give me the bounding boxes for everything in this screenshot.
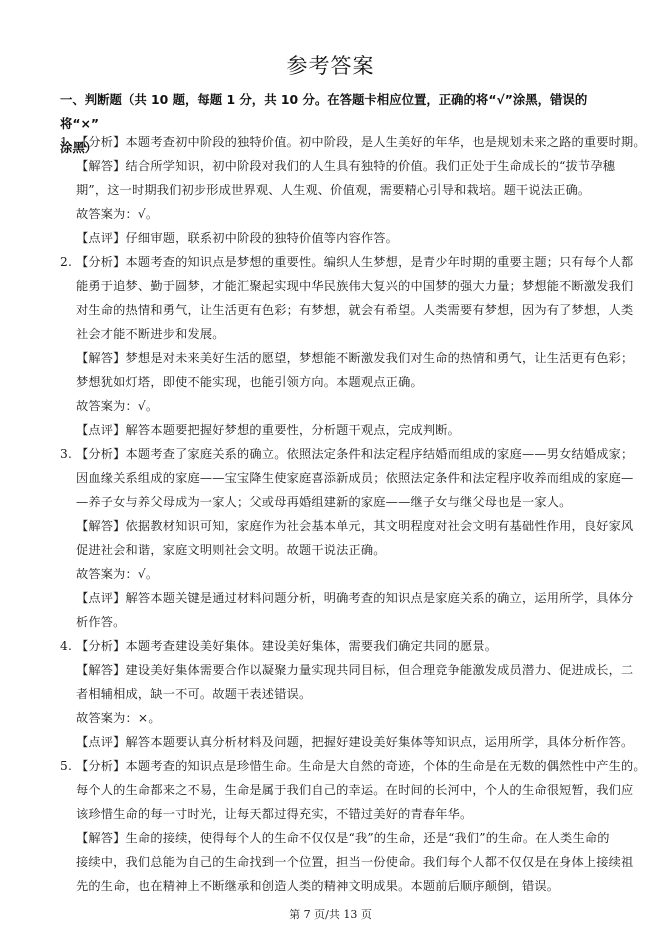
answer-text: 【点评】仔细审题，联系初中阶段的独特价值等内容作答。: [76, 231, 398, 245]
answer-item: 5.【分析】本题考查的知识点是珍惜生命。生命是大自然的奇迹，个体的生命是在无数的…: [60, 754, 615, 898]
answer-text: 先的生命，也在精神上不断继承和创造人类的精神文明成果。本题前后顺序颠倒，错误。: [76, 879, 559, 893]
answer-text: 【解答】生命的接续，使得每个人的生命不仅仅是“我”的生命，还是“我们”的生命。在…: [76, 831, 610, 845]
answer-line: 接续中，我们总能为自己的生命找到一个位置，担当一份使命。我们每个人都不仅仅是在身…: [60, 850, 615, 874]
answer-text: 【点评】解答本题关键是通过材料问题分析，明确考查的知识点是家庭关系的确立，运用所…: [76, 591, 633, 605]
answer-text: 【分析】本题考查初中阶段的独特价值。初中阶段，是人生美好的年华，也是规划未来之路…: [76, 135, 646, 149]
answer-text: 该珍惜生命的每一寸时光，让每天都过得充实，不错过美好的青春年华。: [76, 807, 472, 821]
answer-line: —养子女与养父母成为一家人；父或母再婚组建新的家庭——继子女与继父母也是一家人。: [60, 490, 615, 514]
answer-text: 对生命的热情和勇气，让生活更有色彩；有梦想，就会有希望。人类需要有梦想，因为有了…: [76, 303, 633, 317]
answer-text: 期”，这一时期我们初步形成世界观、人生观、价值观，需要精心引导和栽培。题干说法正…: [76, 183, 590, 197]
answer-text: 能勇于追梦、勤于圆梦，才能汇聚起实现中华民族伟大复兴的中国梦的强大力量；梦想能不…: [76, 279, 633, 293]
answer-text: 【点评】解答本题要把握好梦想的重要性，分析题干观点，完成判断。: [76, 423, 460, 437]
answer-text: —养子女与养父母成为一家人；父或母再婚组建新的家庭——继子女与继父母也是一家人。: [76, 495, 572, 509]
answer-text: 【分析】本题考查建设美好集体。建设美好集体，需要我们确定共同的愿景。: [76, 639, 497, 653]
answer-text: 每个人的生命都来之不易，生命是属于我们自己的幸运。在时间的长河中，个人的生命很短…: [76, 783, 633, 797]
answer-line: 因血缘关系组成的家庭——宝宝降生使家庭喜添新成员；依照法定条件和法定程序收养而组…: [60, 466, 615, 490]
answer-text: 故答案为：√。: [76, 399, 158, 413]
answer-text: 社会才能不断进步和发展。: [76, 327, 225, 341]
answer-text: 【分析】本题考查的知识点是梦想的重要性。编织人生梦想，是青少年时期的重要主题；只…: [76, 255, 633, 269]
answer-line: 【解答】建设美好集体需要合作以凝聚力量实现共同目标，但合理竞争能激发成员潜力、促…: [60, 658, 615, 682]
page-title: 参考答案: [0, 50, 661, 80]
answer-text: 析作答。: [76, 615, 126, 629]
document-page: 参考答案 一、判断题（共 10 题，每题 1 分，共 10 分。在答题卡相应位置…: [0, 0, 661, 935]
answer-line: 先的生命，也在精神上不断继承和创造人类的精神文明成果。本题前后顺序颠倒，错误。: [60, 874, 615, 898]
answer-line: 社会才能不断进步和发展。: [60, 322, 615, 346]
answer-line: 对生命的热情和勇气，让生活更有色彩；有梦想，就会有希望。人类需要有梦想，因为有了…: [60, 298, 615, 322]
answer-line: 【解答】依据教材知识可知，家庭作为社会基本单元，其文明程度对社会文明有基础性作用…: [60, 514, 615, 538]
answer-line: 【点评】仔细审题，联系初中阶段的独特价值等内容作答。: [60, 226, 615, 250]
answer-text: 梦想犹如灯塔，即使不能实现，也能引领方向。本题观点正确。: [76, 375, 423, 389]
answer-text: 接续中，我们总能为自己的生命找到一个位置，担当一份使命。我们每个人都不仅仅是在身…: [76, 855, 633, 869]
answer-number: 2.: [60, 250, 76, 274]
answer-number: 3.: [60, 442, 76, 466]
answer-line: 【解答】结合所学知识，初中阶段对我们的人生具有独特的价值。我们正处于生命成长的“…: [60, 154, 615, 178]
answer-text: 故答案为：√。: [76, 567, 158, 581]
answer-first-line: 2.【分析】本题考查的知识点是梦想的重要性。编织人生梦想，是青少年时期的重要主题…: [60, 250, 615, 274]
answer-first-line: 3.【分析】本题考查了家庭关系的确立。依照法定条件和法定程序结婚而组成的家庭——…: [60, 442, 615, 466]
answer-first-line: 1.【分析】本题考查初中阶段的独特价值。初中阶段，是人生美好的年华，也是规划未来…: [60, 130, 615, 154]
answer-line: 【解答】梦想是对未来美好生活的愿望，梦想能不断激发我们对生命的热情和勇气，让生活…: [60, 346, 615, 370]
answer-line: 每个人的生命都来之不易，生命是属于我们自己的幸运。在时间的长河中，个人的生命很短…: [60, 778, 615, 802]
answer-text: 【解答】依据教材知识可知，家庭作为社会基本单元，其文明程度对社会文明有基础性作用…: [76, 519, 633, 533]
answer-text: 者相辅相成，缺一不可。故题干表述错误。: [76, 687, 311, 701]
answer-first-line: 4.【分析】本题考查建设美好集体。建设美好集体，需要我们确定共同的愿景。: [60, 634, 615, 658]
answer-line: 【解答】生命的接续，使得每个人的生命不仅仅是“我”的生命，还是“我们”的生命。在…: [60, 826, 615, 850]
answer-text: 【解答】梦想是对未来美好生活的愿望，梦想能不断激发我们对生命的热情和勇气，让生活…: [76, 351, 633, 365]
answer-text: 因血缘关系组成的家庭——宝宝降生使家庭喜添新成员；依照法定条件和法定程序收养而组…: [76, 471, 633, 485]
answer-item: 4.【分析】本题考查建设美好集体。建设美好集体，需要我们确定共同的愿景。【解答】…: [60, 634, 615, 754]
answer-item: 1.【分析】本题考查初中阶段的独特价值。初中阶段，是人生美好的年华，也是规划未来…: [60, 130, 615, 250]
answer-text: 促进社会和谐，家庭文明则社会文明。故题干说法正确。: [76, 543, 386, 557]
answer-number: 1.: [60, 130, 76, 154]
answer-item: 2.【分析】本题考查的知识点是梦想的重要性。编织人生梦想，是青少年时期的重要主题…: [60, 250, 615, 442]
answer-line: 梦想犹如灯塔，即使不能实现，也能引领方向。本题观点正确。: [60, 370, 615, 394]
answer-number: 4.: [60, 634, 76, 658]
answer-line: 者相辅相成，缺一不可。故题干表述错误。: [60, 682, 615, 706]
answer-line: 该珍惜生命的每一寸时光，让每天都过得充实，不错过美好的青春年华。: [60, 802, 615, 826]
answer-text: 故答案为：√。: [76, 207, 158, 221]
answer-line: 期”，这一时期我们初步形成世界观、人生观、价值观，需要精心引导和栽培。题干说法正…: [60, 178, 615, 202]
answer-first-line: 5.【分析】本题考查的知识点是珍惜生命。生命是大自然的奇迹，个体的生命是在无数的…: [60, 754, 615, 778]
answer-list: 1.【分析】本题考查初中阶段的独特价值。初中阶段，是人生美好的年华，也是规划未来…: [60, 130, 615, 898]
answer-line: 【点评】解答本题要把握好梦想的重要性，分析题干观点，完成判断。: [60, 418, 615, 442]
answer-number: 5.: [60, 754, 76, 778]
answer-line: 【点评】解答本题关键是通过材料问题分析，明确考查的知识点是家庭关系的确立，运用所…: [60, 586, 615, 610]
answer-text: 故答案为：×。: [76, 711, 161, 725]
answer-line: 能勇于追梦、勤于圆梦，才能汇聚起实现中华民族伟大复兴的中国梦的强大力量；梦想能不…: [60, 274, 615, 298]
answer-text: 【解答】结合所学知识，初中阶段对我们的人生具有独特的价值。我们正处于生命成长的“…: [76, 159, 615, 173]
answer-line: 故答案为：√。: [60, 394, 615, 418]
answer-line: 故答案为：×。: [60, 706, 615, 730]
answer-line: 促进社会和谐，家庭文明则社会文明。故题干说法正确。: [60, 538, 615, 562]
answer-text: 【分析】本题考查的知识点是珍惜生命。生命是大自然的奇迹，个体的生命是在无数的偶然…: [76, 759, 646, 773]
answer-line: 故答案为：√。: [60, 562, 615, 586]
answer-line: 析作答。: [60, 610, 615, 634]
answer-text: 【分析】本题考查了家庭关系的确立。依照法定条件和法定程序结婚而组成的家庭——男女…: [76, 447, 633, 461]
answer-line: 【点评】解答本题要认真分析材料及问题，把握好建设美好集体等知识点，运用所学，具体…: [60, 730, 615, 754]
answer-text: 【点评】解答本题要认真分析材料及问题，把握好建设美好集体等知识点，运用所学，具体…: [76, 735, 633, 749]
answer-item: 3.【分析】本题考查了家庭关系的确立。依照法定条件和法定程序结婚而组成的家庭——…: [60, 442, 615, 634]
section-heading-line: 一、判断题（共 10 题，每题 1 分，共 10 分。在答题卡相应位置，正确的将…: [60, 88, 612, 136]
answer-text: 【解答】建设美好集体需要合作以凝聚力量实现共同目标，但合理竞争能激发成员潜力、促…: [76, 663, 633, 677]
page-footer: 第 7 页/共 13 页: [0, 906, 661, 922]
answer-line: 故答案为：√。: [60, 202, 615, 226]
